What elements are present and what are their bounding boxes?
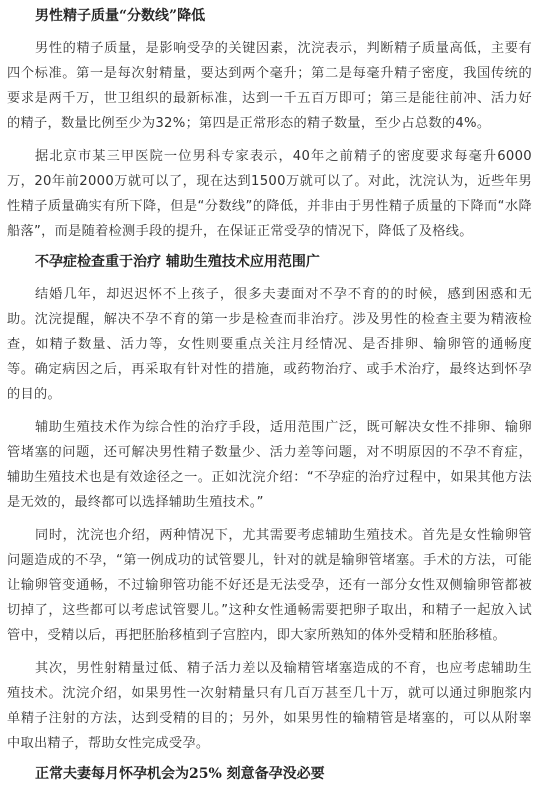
- paragraph: 结婚几年，却迟迟怀不上孩子，很多夫妻面对不孕不育的的时候，感到困惑和无助。沈浣提…: [7, 282, 532, 407]
- paragraph: 据北京市某三甲医院一位男科专家表示，40年之前精子的密度要求每毫升6000万，2…: [7, 144, 532, 244]
- section-heading-pregnancy-chance: 正常夫妻每月怀孕机会为25% 刻意备孕没必要: [7, 764, 532, 784]
- paragraph: 男性的精子质量，是影响受孕的关键因素，沈浣表示，判断精子质量高低，主要有四个标准…: [7, 36, 532, 136]
- paragraph: 同时，沈浣也介绍，两种情况下，尤其需要考虑辅助生殖技术。首先是女性输卵管问题造成…: [7, 523, 532, 648]
- section-heading-sperm-quality: 男性精子质量“分数线”降低: [7, 6, 532, 26]
- paragraph: 其次，男性射精量过低、精子活力差以及输精管堵塞造成的不育，也应考虑辅助生殖技术。…: [7, 656, 532, 756]
- paragraph: 辅助生殖技术作为综合性的治疗手段，适用范围广泛，既可解决女性不排卵、输卵管堵塞的…: [7, 415, 532, 515]
- article-body: 男性精子质量“分数线”降低 男性的精子质量，是影响受孕的关键因素，沈浣表示，判断…: [0, 0, 539, 784]
- section-heading-infertility-check: 不孕症检查重于治疗 辅助生殖技术应用范围广: [7, 252, 532, 272]
